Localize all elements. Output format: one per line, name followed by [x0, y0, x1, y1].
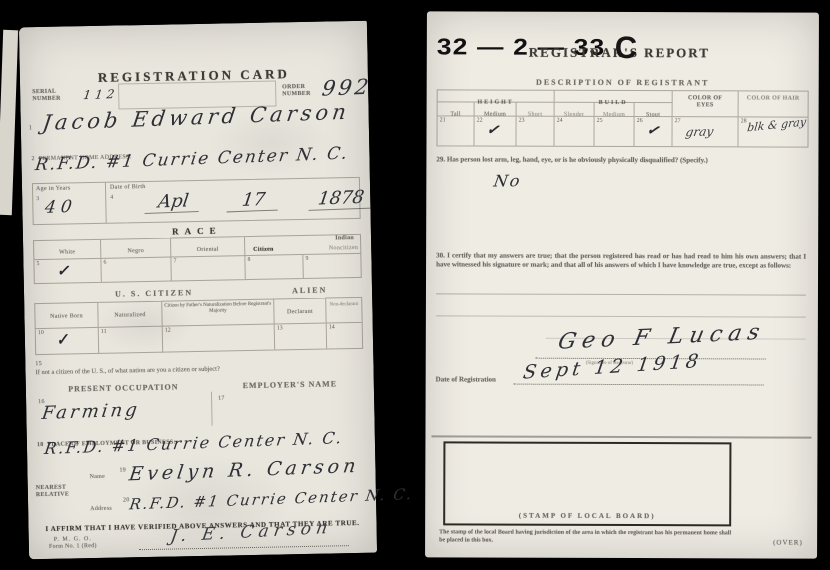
eyes-number: 27 — [675, 118, 681, 124]
citizen-value-declarant: 13 — [275, 324, 327, 351]
race-label: Noncitizen — [329, 245, 358, 253]
citizen-label: Declarant — [287, 309, 313, 315]
race-col-indian-group: Indian Citizen Noncitizen — [245, 234, 361, 256]
handwritten-dob-month: Apl — [145, 190, 202, 214]
handwritten-relative-address: R.F.D. #1 Currie Center N. C. — [128, 485, 414, 513]
us-citizen-header: U. S. CITIZEN — [64, 287, 244, 299]
race-col-number: 5 — [36, 261, 39, 267]
handwritten-age: 40 — [44, 197, 79, 218]
order-number-value: 992 — [320, 75, 373, 101]
race-label: Citizen — [253, 247, 274, 254]
citizen-label: Naturalized — [114, 312, 145, 319]
occupation-divider — [211, 392, 213, 426]
race-label: Oriental — [197, 247, 219, 253]
citizen-col-number: 12 — [165, 328, 171, 334]
desc-col-number: 26 — [637, 118, 643, 124]
serial-number-label: SERIAL NUMBER — [32, 88, 66, 103]
height-short-value: 23 — [516, 117, 554, 147]
date-of-registration-label: Date of Registration — [436, 375, 496, 384]
citizen-label: Citizen by Father's Naturalization Befor… — [162, 300, 273, 318]
registrars-report-card: 32 — 2 — 33 REGISTRAR'S REPORT C DESCRIP… — [425, 11, 819, 558]
registrar-signature: Geo F Lucas — [556, 320, 768, 355]
description-header: DESCRIPTION OF REGISTRANT — [427, 77, 819, 87]
build-medium-label-cell: Medium — [595, 103, 635, 117]
local-board-stamp-box: (STAMP OF LOCAL BOARD) — [443, 441, 731, 526]
height-tall-label-cell: Tall — [437, 102, 475, 116]
eyes-header-label: COLOR OF EYES — [673, 91, 738, 109]
q15-number: 15 — [35, 361, 42, 368]
citizen-value-father: 12 — [163, 325, 275, 353]
handwritten-eye-color: gray — [685, 124, 715, 139]
eyes-value-cell: 27 gray — [672, 117, 738, 147]
relative-name-label: Name — [90, 474, 106, 481]
citizen-col-number: 14 — [329, 324, 335, 330]
citizen-col-nondeclarant: Non-declarant — [326, 297, 362, 324]
employer-number: 17 — [218, 396, 225, 403]
build-slender-label-cell: Slender — [555, 103, 595, 117]
citizen-col-naturalized: Naturalized — [98, 301, 162, 328]
citizen-col-number: 13 — [277, 325, 283, 331]
employer-header: EMPLOYER'S NAME — [216, 379, 364, 391]
citizen-col-declarant: Declarant — [274, 298, 326, 325]
citizen-value-naturalized: 11 — [99, 327, 163, 354]
build-stout-value: 26 ✓ — [634, 117, 672, 147]
race-white-checkmark: ✓ — [56, 261, 69, 280]
scanned-document-page: REGISTRATION CARD SERIAL NUMBER 112 ORDE… — [0, 0, 830, 570]
race-value-indian-noncitizen: 9 — [303, 254, 361, 279]
height-medium-label-cell: Medium — [475, 102, 517, 116]
blank-rule-2 — [436, 315, 806, 317]
card-edge-sliver — [0, 30, 18, 215]
race-value-white: 5 ✓ — [33, 259, 101, 284]
dob-label: Date of Birth — [110, 184, 146, 192]
race-col-number: 8 — [247, 257, 250, 263]
handwritten-hair-color: blk & gray — [747, 115, 807, 134]
citizen-value-native: 10 ✓ — [35, 328, 99, 355]
citizen-value-nondeclarant: 14 — [327, 323, 363, 350]
race-col-negro: Negro — [101, 238, 171, 259]
citizen-col-native: Native Born — [34, 302, 98, 329]
native-born-checkmark: ✓ — [55, 330, 70, 351]
relative-name-number: 19 — [119, 467, 126, 474]
dob-number: 4 — [110, 195, 113, 201]
date-line — [514, 384, 764, 386]
race-label: Negro — [127, 248, 144, 254]
build-group-header: BUILD — [555, 90, 673, 103]
over-label: (OVER) — [773, 539, 803, 548]
desc-col-number: 24 — [557, 118, 563, 124]
race-value-negro: 6 — [101, 258, 171, 283]
dob-cell: Date of Birth 4 Apl 17 1878 — [106, 177, 361, 224]
blank-rule-1 — [436, 293, 806, 295]
height-medium-value: 22 ✓ — [474, 116, 516, 146]
citizen-col-number: 11 — [101, 329, 107, 335]
nearest-relative-label: NEAREST RELATIVE — [36, 484, 76, 499]
handwritten-occupation: Farming — [41, 399, 142, 424]
hair-value-cell: 28 blk & gray — [738, 117, 808, 147]
stamp-letter-c: C — [615, 30, 638, 66]
build-slender-value: 24 — [554, 117, 594, 147]
hair-header-label: COLOR OF HAIR — [739, 91, 808, 102]
address-field-number: 2 — [31, 156, 34, 162]
height-medium-checkmark: ✓ — [486, 120, 501, 140]
occupation-header: PRESENT OCCUPATION — [36, 382, 211, 394]
height-tall-value: 21 — [436, 116, 474, 146]
handwritten-registration-date: Sept 12 1918 — [522, 350, 704, 384]
alien-header: ALIEN — [292, 286, 328, 296]
name-field-number: 1 — [29, 125, 32, 132]
build-stout-checkmark: ✓ — [645, 120, 661, 141]
handwritten-dob-day: 17 — [227, 189, 281, 213]
handwritten-relative-name: Evelyn R. Carson — [128, 455, 361, 485]
race-indian-group-label: Indian — [335, 235, 354, 242]
race-value-oriental: 7 — [171, 256, 245, 281]
order-number-label: ORDER NUMBER — [282, 84, 316, 99]
age-label: Age in Years — [36, 185, 71, 193]
place-number: 18 — [37, 442, 44, 448]
build-medium-value: 25 — [594, 117, 634, 147]
serial-number-value: 112 — [82, 87, 119, 102]
race-col-white: White — [33, 239, 101, 260]
race-col-number: 6 — [103, 260, 106, 266]
eyes-header-cell: COLOR OF EYES — [673, 90, 739, 117]
height-short-label-cell: Short — [517, 103, 555, 117]
desc-col-number: 22 — [477, 117, 483, 123]
form-number-line2: Form No. 1 (Red) — [39, 543, 107, 551]
race-col-number: 9 — [305, 256, 308, 262]
hair-header-cell: COLOR OF HAIR — [739, 90, 809, 117]
citizen-col-father: Citizen by Father's Naturalization Befor… — [162, 299, 274, 327]
age-cell: Age in Years 3 40 — [32, 182, 107, 225]
stamp-footnote: The stamp of the local Board having juri… — [439, 529, 731, 545]
citizen-col-number: 10 — [38, 330, 44, 336]
handwritten-q29-answer: No — [492, 171, 523, 190]
hair-number: 28 — [741, 118, 747, 124]
height-group-header: HEIGHT — [437, 89, 555, 102]
citizen-label: Native Born — [50, 313, 83, 320]
relative-address-label: Address — [90, 506, 112, 513]
desc-col-number: 23 — [519, 118, 525, 124]
race-value-indian-citizen: 8 — [245, 255, 303, 280]
desc-col-number: 21 — [440, 117, 446, 123]
stamp-box-caption: (STAMP OF LOCAL BOARD) — [445, 511, 729, 520]
build-stout-label-cell: Stout — [635, 103, 673, 117]
race-col-oriental: Oriental — [171, 236, 245, 257]
handwritten-dob-year: 1878 — [309, 187, 374, 211]
section-divider-rule — [431, 435, 811, 438]
race-label: White — [59, 249, 75, 255]
citizen-label: Non-declarant — [326, 298, 361, 313]
q29-text: 29. Has person lost arm, leg, hand, eye,… — [436, 155, 806, 165]
q15-text: If not a citizen of the U. S., of what n… — [35, 363, 335, 376]
registration-card: REGISTRATION CARD SERIAL NUMBER 112 ORDE… — [19, 21, 377, 560]
q30-certification-text: 30. I certify that my answers are true; … — [436, 251, 806, 269]
age-number: 3 — [36, 196, 39, 202]
handwritten-name: Jacob Edward Carson — [41, 100, 352, 135]
desc-col-number: 25 — [597, 118, 603, 124]
race-col-number: 7 — [173, 258, 176, 264]
